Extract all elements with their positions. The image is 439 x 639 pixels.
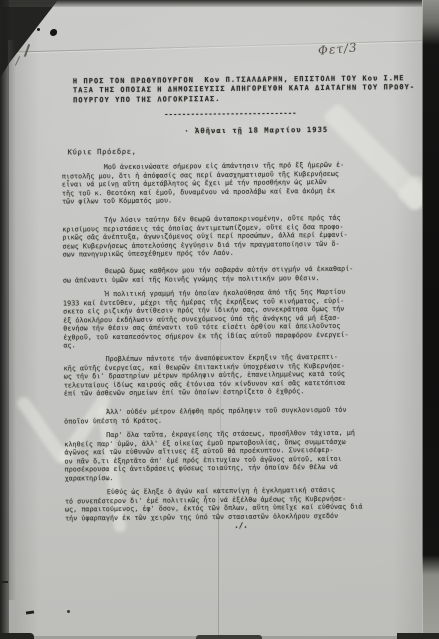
paragraph: Εὐθύς ὡς ἔληξε ὁ ἀγών καί κατεπνίγη ἡ ἐγ… (65, 485, 427, 523)
ink-speck (37, 28, 40, 31)
scan-edge-left-shadow (8, 40, 16, 600)
paragraph: Τήν λύσιν ταύτην δέν θεωρῶ ἀνταποκρινομέ… (62, 213, 424, 259)
paragraph: Ἡ πολιτική γραμμή τήν ὁποίαν ἠκολούθησα … (63, 287, 426, 350)
paragraph: Παρ' ὅλα ταῦτα, ἐκραγείσης τῆς στάσεως, … (64, 428, 426, 483)
scan-edge-bottom-blob (397, 633, 439, 639)
scan-edge-bottom-blob (196, 635, 262, 639)
typed-line: τῶν φίλων τοῦ Κόμματός μου. (62, 194, 424, 206)
continuation-mark: ./. (234, 521, 248, 530)
scanned-letter-page: Η ΠΡΟΣ ΤΟΝ ΠΡΩΘΥΠΟΥΡΓΟΝ Κον Π.ΤΣΑΛΔΑΡΗΝ,… (0, 0, 439, 639)
scan-edge-top (0, 0, 439, 7)
salutation: Κύριε Πρόεδρε, (68, 147, 137, 157)
dateline: · Ἀθῆναι τῇ 18 Μαρτίου 1935 (184, 125, 328, 135)
typed-line: σων πανηγυρικῶς ὑπεσχέθημεν πρός τόν Λαό… (63, 247, 425, 259)
scan-edge-bottom-blob (0, 633, 34, 639)
paragraph: Ἀλλ' οὐδέν μέτρον ἐλήφθη πρός πρόληψιν τ… (64, 405, 426, 426)
typed-line: ἐπί τῶν ἀσθενῶν σημείων ἐπί τῶν ὁποίων ἐ… (64, 386, 426, 398)
pencil-dot-bottom (67, 610, 70, 613)
dashed-separator: ------------------------------ (164, 109, 297, 118)
letter-header: Η ΠΡΟΣ ΤΟΝ ΠΡΩΘΥΠΟΥΡΓΟΝ Κον Π.ΤΣΑΛΔΑΡΗΝ,… (73, 74, 425, 106)
typewritten-text-layer: Η ΠΡΟΣ ΤΟΝ ΠΡΩΘΥΠΟΥΡΓΟΝ Κον Π.ΤΣΑΛΔΑΡΗΝ,… (0, 0, 439, 639)
paragraph: Προβλέπων πάντοτε τήν ἀναπόφευκτον ἔκρηξ… (64, 352, 426, 398)
scan-edge-right (422, 0, 439, 639)
paragraph: Θεωρῶ ὅμως καθῆκον μου τήν σοβαράν αὐτήν… (63, 264, 425, 285)
paragraph: Μοῦ ἀνεκοινώσατε σήμερον εἰς ἀπάντησιν τ… (62, 160, 424, 206)
